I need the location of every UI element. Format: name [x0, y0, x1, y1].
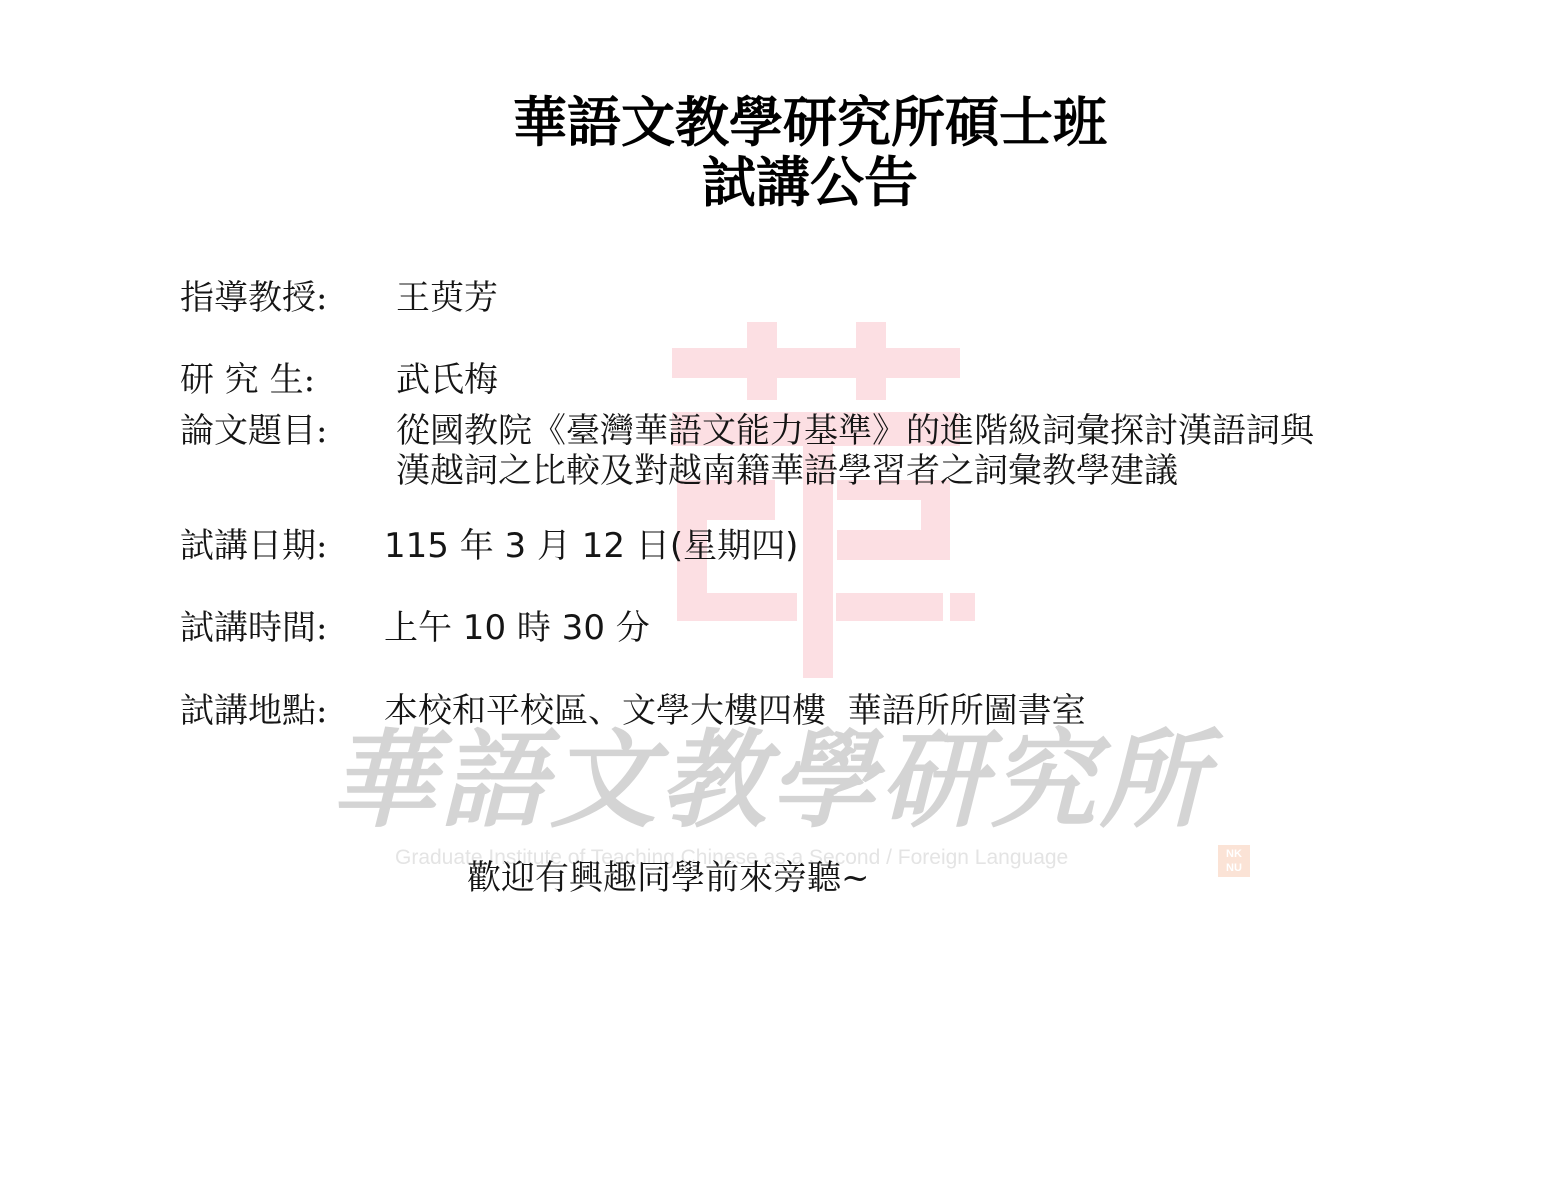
location-label: 試講地點:: [180, 691, 327, 731]
page-subtitle: 試講公告: [0, 154, 1553, 212]
advisor-value: 王萸芳: [396, 278, 498, 318]
student-row: 研 究 生: 武氏梅: [180, 360, 315, 400]
page-title: 華語文教學研究所碩士班: [0, 94, 1553, 152]
time-label: 試講時間:: [180, 608, 327, 648]
location-value: 本校和平校區、文學大樓四樓 華語所所圖書室: [384, 691, 1086, 731]
announcement: 華語文教學研究所碩士班 試講公告 指導教授: 王萸芳 研 究 生: 武氏梅 論文…: [0, 0, 1553, 1200]
date-label: 試講日期:: [180, 526, 327, 566]
thesis-title-line1: 從國教院《臺灣華語文能力基準》的進階級詞彙探討漢語詞與: [396, 411, 1314, 451]
thesis-label: 論文題目:: [180, 411, 327, 451]
date-value: 115 年 3 月 12 日(星期四): [384, 526, 798, 566]
advisor-row: 指導教授: 王萸芳: [180, 278, 327, 318]
thesis-title-line2: 漢越詞之比較及對越南籍華語學習者之詞彙教學建議: [396, 451, 1178, 491]
closing-message: 歡迎有興趣同學前來旁聽~: [467, 858, 870, 898]
student-label: 研 究 生:: [180, 360, 315, 400]
advisor-label: 指導教授:: [180, 278, 327, 318]
location-row: 試講地點: 本校和平校區、文學大樓四樓 華語所所圖書室: [180, 691, 327, 731]
student-value: 武氏梅: [396, 360, 498, 400]
date-row: 試講日期: 115 年 3 月 12 日(星期四): [180, 526, 327, 566]
time-row: 試講時間: 上午 10 時 30 分: [180, 608, 327, 648]
time-value: 上午 10 時 30 分: [384, 608, 650, 648]
thesis-row: 論文題目: 從國教院《臺灣華語文能力基準》的進階級詞彙探討漢語詞與 漢越詞之比較…: [180, 411, 327, 451]
